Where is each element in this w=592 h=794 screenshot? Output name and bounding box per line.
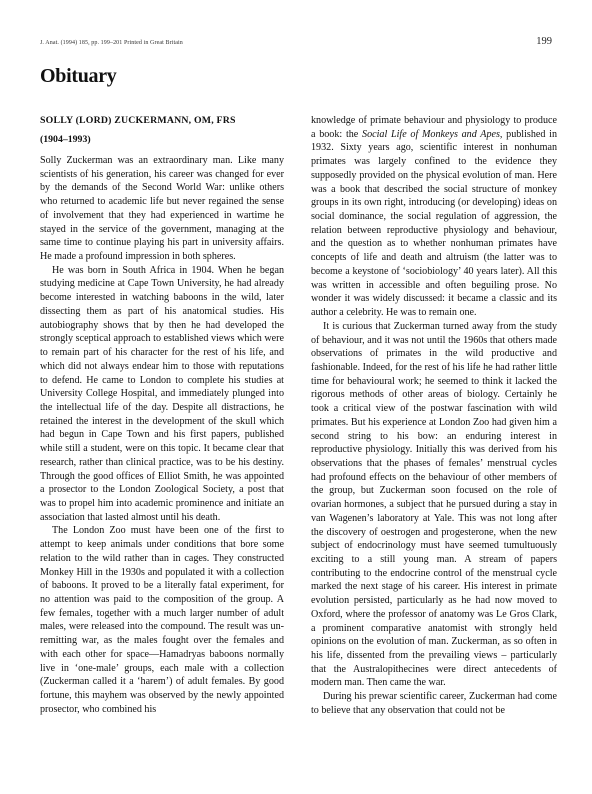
paragraph: The London Zoo must have been one of the… bbox=[40, 524, 284, 716]
paragraph: He was born in South Africa in 1904. Whe… bbox=[40, 264, 284, 525]
running-head: J. Anat. (1994) 185, pp. 199–201 Printed… bbox=[40, 40, 183, 46]
book-title: Social Life of Monkeys and Apes, bbox=[362, 129, 502, 140]
obituary-heading: SOLLY (LORD) ZUCKERMANN, OM, FRS bbox=[40, 114, 284, 127]
paragraph-text: published in 1932. Sixty years ago, scie… bbox=[311, 129, 557, 318]
paragraph: knowledge of primate behaviour and physi… bbox=[311, 114, 557, 320]
paragraph: During his prewar scientific career, Zuc… bbox=[311, 690, 557, 717]
obituary-dates: (1904–1993) bbox=[40, 133, 284, 146]
paragraph: Solly Zuckerman was an extraordinary man… bbox=[40, 154, 284, 264]
paragraph: It is curious that Zuckerman turned away… bbox=[311, 320, 557, 690]
page-number: 199 bbox=[536, 36, 552, 47]
right-column: knowledge of primate behaviour and physi… bbox=[311, 114, 557, 718]
section-title: Obituary bbox=[40, 65, 117, 88]
left-column: SOLLY (LORD) ZUCKERMANN, OM, FRS (1904–1… bbox=[40, 114, 284, 716]
